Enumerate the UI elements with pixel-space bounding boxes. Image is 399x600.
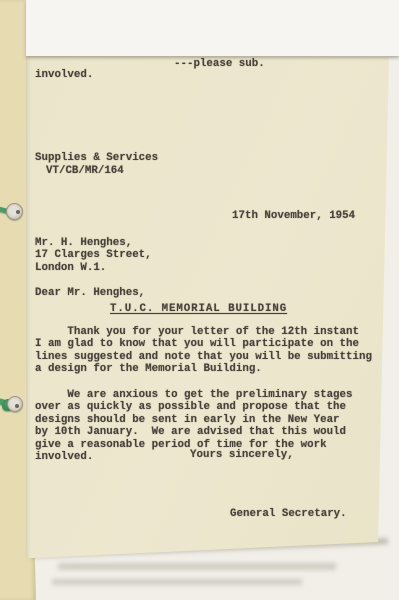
showthrough-text-blur — [58, 563, 336, 570]
subject-line: T.U.C. MEMORIAL BUILDING — [110, 303, 287, 315]
handwritten-routing-note: ---please sub. — [174, 58, 265, 70]
showthrough-text-blur — [52, 579, 302, 585]
punch-hole-eyelet — [7, 396, 23, 412]
previous-letter-fragment: involved. — [35, 69, 93, 81]
body-paragraph-1: Thank you for your letter of the 12th in… — [35, 326, 372, 376]
punch-hole — [15, 404, 19, 408]
letter-scan: ---please sub. involved. Supplies & Serv… — [0, 0, 399, 600]
punch-hole — [16, 210, 20, 214]
reference-number: VT/CB/MR/164 — [46, 165, 124, 177]
closing-line: Yours sincerely, — [190, 449, 294, 461]
salutation: Dear Mr. Henghes, — [35, 287, 145, 299]
letter-page: ---please sub. involved. Supplies & Serv… — [26, 56, 390, 560]
punch-hole-eyelet — [6, 203, 23, 220]
overlapping-white-sheet — [26, 0, 399, 56]
recipient-address: Mr. H. Henghes, 17 Clarges Street, Londo… — [35, 237, 152, 274]
letter-date: 17th November, 1954 — [232, 210, 355, 222]
signature-title: General Secretary. — [230, 508, 347, 520]
department-line: Supplies & Services — [35, 152, 158, 164]
